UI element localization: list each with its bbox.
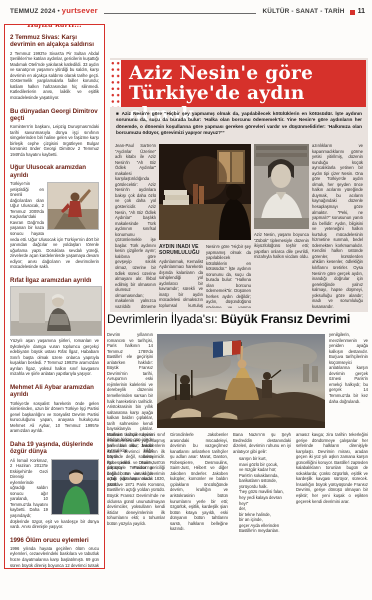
page-header: TEMMUZ 2024 • yurtsever KÜLTÜR - SANAT -…: [10, 6, 365, 15]
rail-item-body: Yüzyılı aşan yaşamına şiirleri, romanlar…: [10, 338, 99, 377]
lede-text: Aziz Nesin'e göre “Hiçbir şey yapmamış o…: [116, 111, 362, 135]
filmstrip-decoration: [110, 60, 121, 107]
article-title-banner: Aziz Nesin'e göre Türkiye'de aydın olmak: [121, 60, 366, 107]
section-label: KÜLTÜR - SANAT - TARİH: [262, 8, 344, 15]
rail-item-body: Komintern'in başkanı, Leipzig Duruşması'…: [10, 124, 99, 157]
ali-ismail-photo: [51, 459, 99, 515]
rail-item-body: Türkiye'nin yetiştirdiği en önemli dağcı…: [10, 181, 99, 270]
nesin-desk-photo: [159, 144, 251, 240]
article-col-right: azınlıkların ve kapanmadıklarını görme y…: [312, 143, 363, 308]
revolution-bottom-col-4: amasız kavga; zira tarihin tekerleğini g…: [296, 432, 368, 596]
rail-item-heading: Rıfat İlgaz aramızdan ayrıldı: [10, 277, 99, 284]
article-subhead: AYDIN İNADI VE SORUMLULUĞU: [159, 244, 203, 257]
rail-item-heading: Mehmet Ali Aybar aramızdan ayrıldı: [10, 384, 99, 399]
newspaper-brand: yurtsever: [62, 6, 98, 15]
nesin-portrait-photo: [254, 144, 309, 229]
issue-date: TEMMUZ 2024: [10, 8, 56, 15]
rail-item-heading: 2 Temmuz Sivas: Karşı devrimin en alçakç…: [10, 34, 99, 49]
memory-card-title: Hafıza kartı...: [23, 24, 85, 29]
rail-item-body: 1996 yılında hayata geçirilen ölüm orucu…: [10, 546, 99, 569]
rifat-ilgaz-photo: [10, 286, 102, 336]
article-lede: ■Aziz Nesin'e göre “Hiçbir şey yapmamış …: [116, 111, 362, 136]
article-col-3-lower: Nesin'e göre “Hiçbir şey yapmamış olmak …: [206, 244, 251, 308]
page-number: 11: [358, 8, 365, 15]
revolution-bottom-col-1: Marksist tarihçiler devrimi sınıf mücade…: [107, 432, 165, 596]
rail-item-body: Ali İsmail Korkmaz, 2 Haziran 2013'te Es…: [10, 458, 99, 530]
rail-item-body: 2 Temmuz 1993'te Sivas'ta Pir Sultan Abd…: [10, 51, 99, 101]
revolution-article-heading: Devrimlerin İlyada'sı: Büyük Fransız Dev…: [107, 312, 368, 326]
article-title-line1: Aziz Nesin'e göre: [129, 64, 366, 85]
portrait-caption-text: Aziz Nesin, yaşamı boyunca “Zübük” tiple…: [254, 232, 309, 308]
article-col-2-lower: AYDIN İNADI VE SORUMLULUĞU Aydınlanmak, …: [159, 244, 203, 308]
revolution-col-right: yenilgilerin, mevzilenmenin ve yeniden a…: [329, 332, 368, 428]
header-rule: [104, 13, 257, 14]
rail-item-heading: 1996 Ölüm orucu eylemleri: [10, 537, 99, 544]
rail-item-heading: Daha 19 yaşında, düşlerinde özgür dünya: [10, 441, 99, 456]
aziz-nesin-article: Aziz Nesin'e göre Türkiye'de aydın olmak…: [110, 58, 368, 312]
rail-item-heading: Bu dünyadan Georgi Dimitrov geçti: [10, 108, 99, 123]
poem-intro: Bana Nazım'ın şu Şeyh Bedreddin destanın…: [233, 432, 291, 454]
red-square-icon: [350, 10, 355, 15]
revolution-bottom-col-3: Bana Nazım'ın şu Şeyh Bedreddin destanın…: [233, 432, 291, 596]
article-col-2-lower-text: Aydınlanmak, Kemalist Aydınlanmacı harek…: [159, 259, 203, 309]
delacroix-liberty-painting: [157, 334, 325, 428]
header-separator: •: [58, 8, 60, 15]
article-col-1: Jean-Paul Sartre'ın “Aydınlar Üzerine” a…: [115, 143, 156, 308]
revolution-heading-light: Devrimlerin İlyada'sı:: [107, 312, 221, 326]
memory-card-column: Hafıza kartı... 2 Temmuz Sivas: Karşı de…: [4, 24, 105, 569]
lede-bullet-icon: ■: [116, 111, 120, 116]
rail-item-body: Türkiye'de sosyalist hareketin önde gele…: [10, 401, 99, 434]
ulusocak-photo: [47, 182, 99, 230]
revolution-bottom-col-2: Girondinlerle Jakobenler arasındaki müca…: [170, 432, 228, 596]
revolution-heading-bold: Büyük Fransız Devrimi: [221, 312, 350, 326]
poem-text: sarışın bir kurt, mavi gözlü bir çocuk, …: [233, 456, 291, 534]
rail-item-heading: Uğur Ulusocak aramızdan ayrıldı: [10, 164, 99, 179]
